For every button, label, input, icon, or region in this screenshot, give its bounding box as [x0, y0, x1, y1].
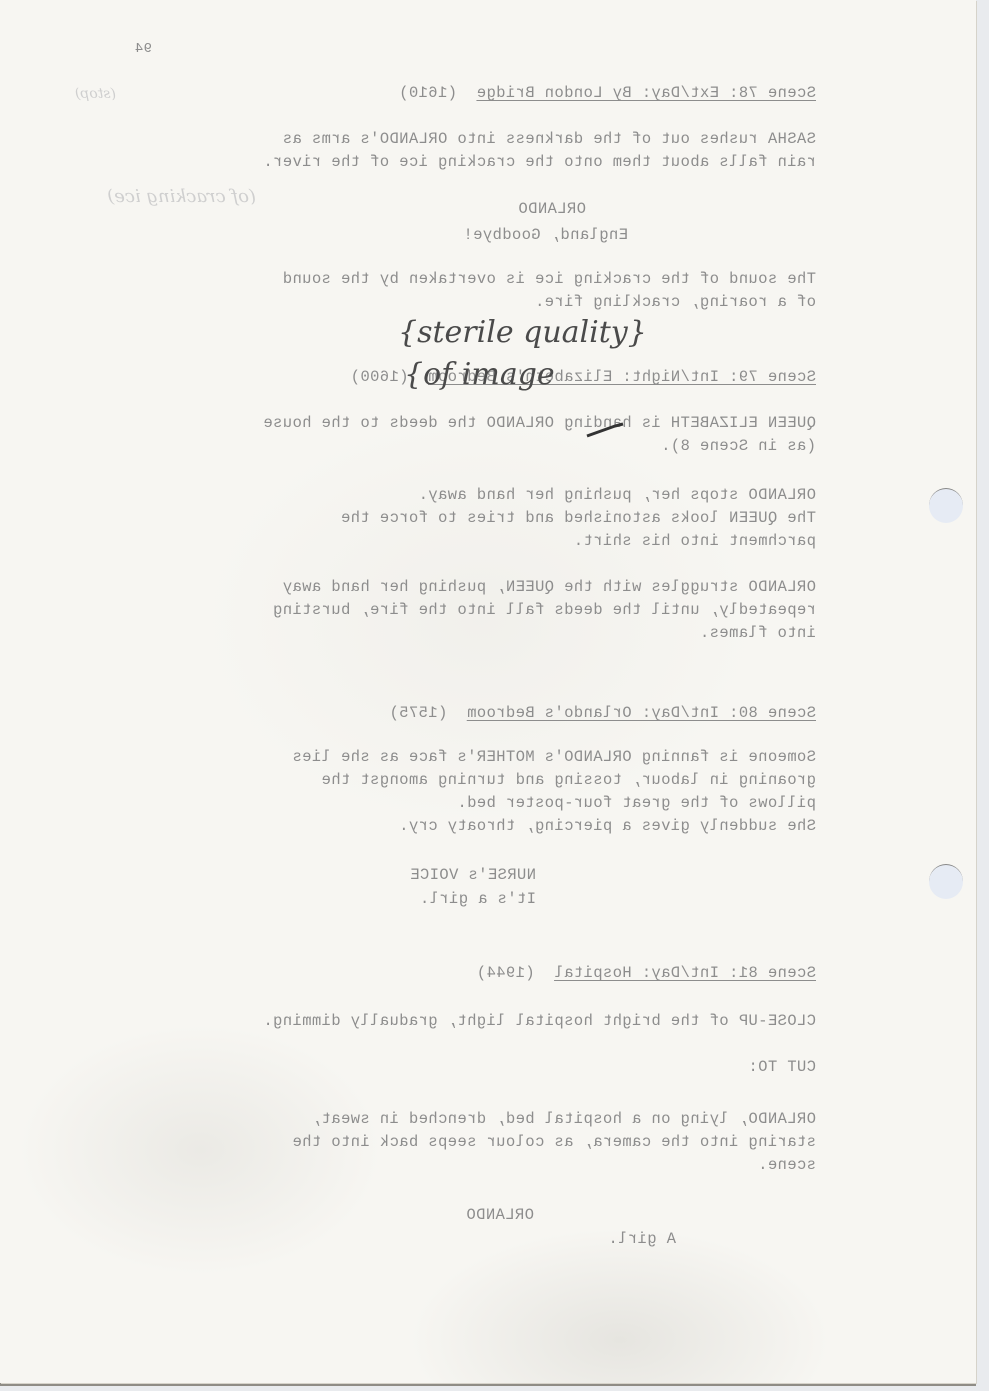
action-81-orlando: ORLANDO, lying on a hospital bed, drench…: [292, 1108, 816, 1177]
punch-hole-bottom: [929, 864, 963, 899]
pencil-note-small: (stop): [75, 86, 116, 102]
page-number: 94: [134, 38, 152, 61]
transition-cut-to: CUT TO:: [748, 1056, 816, 1079]
action-79-stops: ORLANDO stops her, pushing her hand away…: [341, 484, 816, 553]
action-79-queen: QUEEN ELIZABETH is handing ORLANDO the d…: [263, 412, 816, 458]
scene-heading-80: Scene 80: Int/Day: Orlando's Bedroom (15…: [389, 702, 816, 725]
action-79-struggles: ORLANDO struggles with the QUEEN, pushin…: [273, 576, 816, 645]
action-81-closeup: CLOSE-UP of the bright hospital light, g…: [263, 1010, 816, 1033]
action-fire: The sound of the cracking ice is overtak…: [282, 268, 816, 314]
character-nurse-voice: NURSE's VOICE: [410, 864, 536, 887]
dialogue-england-goodbye: England, Goodbye!: [463, 224, 628, 247]
dialogue-its-a-girl: It's a girl.: [420, 888, 536, 911]
ink-note-sterile-quality: {sterile quality}: [398, 318, 647, 348]
scanned-page: 94 Scene 78: Ext/Day: By London Bridge (…: [0, 0, 976, 1383]
character-orlando-1: ORLANDO: [518, 198, 586, 221]
scene-heading-81: Scene 81: Int/Day: Hospital (1944): [476, 962, 816, 985]
action-80: Someone is fanning ORLANDO's MOTHER's fa…: [292, 746, 816, 838]
pencil-note-top-left: (of cracking ice): [107, 186, 256, 207]
action-78: SASHA rushes out of the darkness into OR…: [263, 128, 816, 174]
punch-hole-top: [929, 488, 963, 523]
ink-tick-mark: [585, 420, 625, 440]
mirrored-text-layer: 94 Scene 78: Ext/Day: By London Bridge (…: [0, 0, 976, 1383]
character-orlando-2: ORLANDO: [466, 1204, 534, 1227]
ink-note-of-image: {of image: [404, 360, 555, 390]
scene-heading-78: Scene 78: Ext/Day: By London Bridge (161…: [399, 82, 816, 105]
dialogue-a-girl: A girl.: [608, 1228, 676, 1251]
